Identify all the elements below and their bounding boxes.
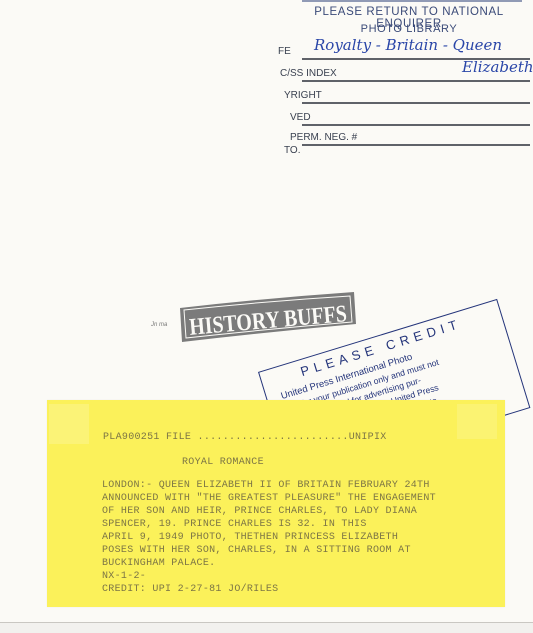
stamp-label: YRIGHT bbox=[284, 90, 322, 101]
file-line: PLA900251 FILE ........................U… bbox=[103, 432, 387, 443]
caption-credit-line: CREDIT: UPI 2-27-81 JO/RILES bbox=[102, 584, 278, 595]
caption-body-line: ANNOUNCED WITH "THE GREATEST PLEASURE" T… bbox=[102, 493, 436, 504]
stamp-row-to: TO. bbox=[282, 144, 532, 156]
pencil-scribble: Jn ma bbox=[151, 322, 167, 328]
stamp-label: TO. bbox=[284, 145, 300, 156]
caption-body-line: APRIL 9, 1949 PHOTO, THETHEN PRINCESS EL… bbox=[102, 532, 398, 543]
caption-body-line: OF HER SON AND HEIR, PRINCE CHARLES, TO … bbox=[102, 506, 417, 517]
stamp-label: C/SS INDEX bbox=[280, 68, 337, 79]
stamp-label: FE bbox=[278, 46, 291, 57]
stamp-row-perm-neg: PERM. NEG. # bbox=[282, 124, 532, 146]
caption-body-line: BUCKINGHAM PALACE. bbox=[102, 558, 215, 569]
stamp-row-copyright: YRIGHT bbox=[282, 82, 532, 104]
caption-sheet: PLA900251 FILE ........................U… bbox=[47, 400, 505, 607]
stamp-top-border bbox=[302, 0, 522, 2]
handwritten-cross-index-value: Elizabeth bbox=[462, 58, 533, 76]
tape-left bbox=[49, 404, 89, 444]
caption-body-line: SPENCER, 19. PRINCE CHARLES IS 32. IN TH… bbox=[102, 519, 367, 530]
background-strip bbox=[0, 623, 533, 633]
caption-body-line: POSES WITH HER SON, CHARLES, IN A SITTIN… bbox=[102, 545, 411, 556]
stamp-subheading: PHOTO LIBRARY bbox=[286, 23, 532, 35]
caption-body-line: NX-1-2- bbox=[102, 571, 146, 582]
tape-right bbox=[457, 404, 497, 439]
stamp-label: PERM. NEG. # bbox=[290, 132, 357, 143]
history-buffs-watermark: HISTORY BUFFS bbox=[178, 290, 358, 346]
return-to-library-stamp: PLEASE RETURN TO NATIONAL ENQUIRER PHOTO… bbox=[282, 0, 533, 155]
stamp-row-received: VED bbox=[282, 104, 532, 126]
stamp-label: VED bbox=[290, 112, 311, 123]
handwritten-file-value: Royalty - Britain - Queen bbox=[314, 36, 502, 54]
caption-body-line: LONDON:- QUEEN ELIZABETH II OF BRITAIN F… bbox=[102, 480, 430, 491]
banner-ribbon-icon: HISTORY BUFFS bbox=[178, 290, 358, 346]
caption-title: ROYAL ROMANCE bbox=[182, 457, 264, 468]
